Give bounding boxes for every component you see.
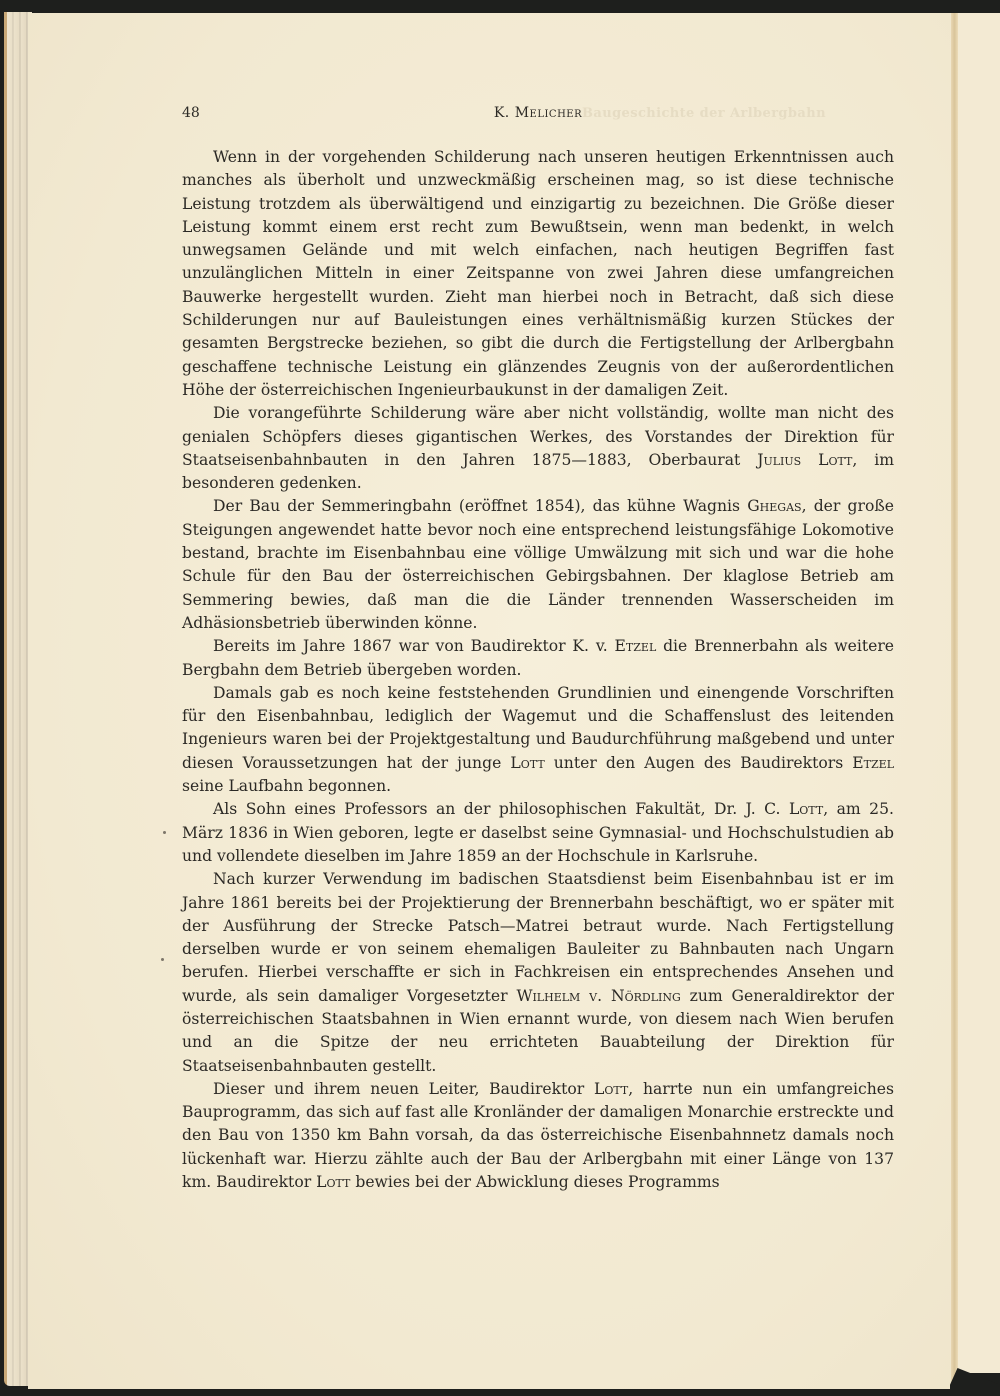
paragraph: Der Bau der Semmeringbahn (eröffnet 1854… xyxy=(182,495,894,635)
body-text: Wenn in der vorgehenden Schilderung nach… xyxy=(182,146,894,1194)
margin-dot xyxy=(163,831,166,834)
paragraph: Wenn in der vorgehenden Schilderung nach… xyxy=(182,146,894,402)
person-name: Lott xyxy=(594,1080,628,1098)
paragraph: Damals gab es noch keine feststehenden G… xyxy=(182,682,894,798)
person-name: Etzel xyxy=(615,637,657,655)
facing-page-edge xyxy=(958,13,1000,1373)
paragraph: Bereits im Jahre 1867 war von Baudirekto… xyxy=(182,635,894,682)
paragraph: Dieser und ihrem neuen Leiter, Baudirekt… xyxy=(182,1078,894,1194)
person-name: Lott xyxy=(316,1173,350,1191)
margin-dot xyxy=(161,958,164,961)
bleed-through-text: Baugeschichte der Arlbergbahn xyxy=(582,106,826,121)
person-name: Ghegas xyxy=(747,497,801,515)
person-name: Etzel xyxy=(852,754,894,772)
paragraph: Als Sohn eines Professors an der philoso… xyxy=(182,798,894,868)
person-name: Lott xyxy=(789,800,823,818)
person-name: Lott xyxy=(510,754,544,772)
person-name: Wilhelm v. Nördling xyxy=(516,987,680,1005)
book-gutter xyxy=(951,13,958,1383)
paragraph: Nach kurzer Verwendung im badischen Staa… xyxy=(182,868,894,1078)
running-head: K. Melicher xyxy=(482,105,594,121)
page-number: 48 xyxy=(182,105,200,121)
paragraph: Die vorangeführte Schilderung wäre aber … xyxy=(182,402,894,495)
person-name: Julius Lott xyxy=(757,451,852,469)
